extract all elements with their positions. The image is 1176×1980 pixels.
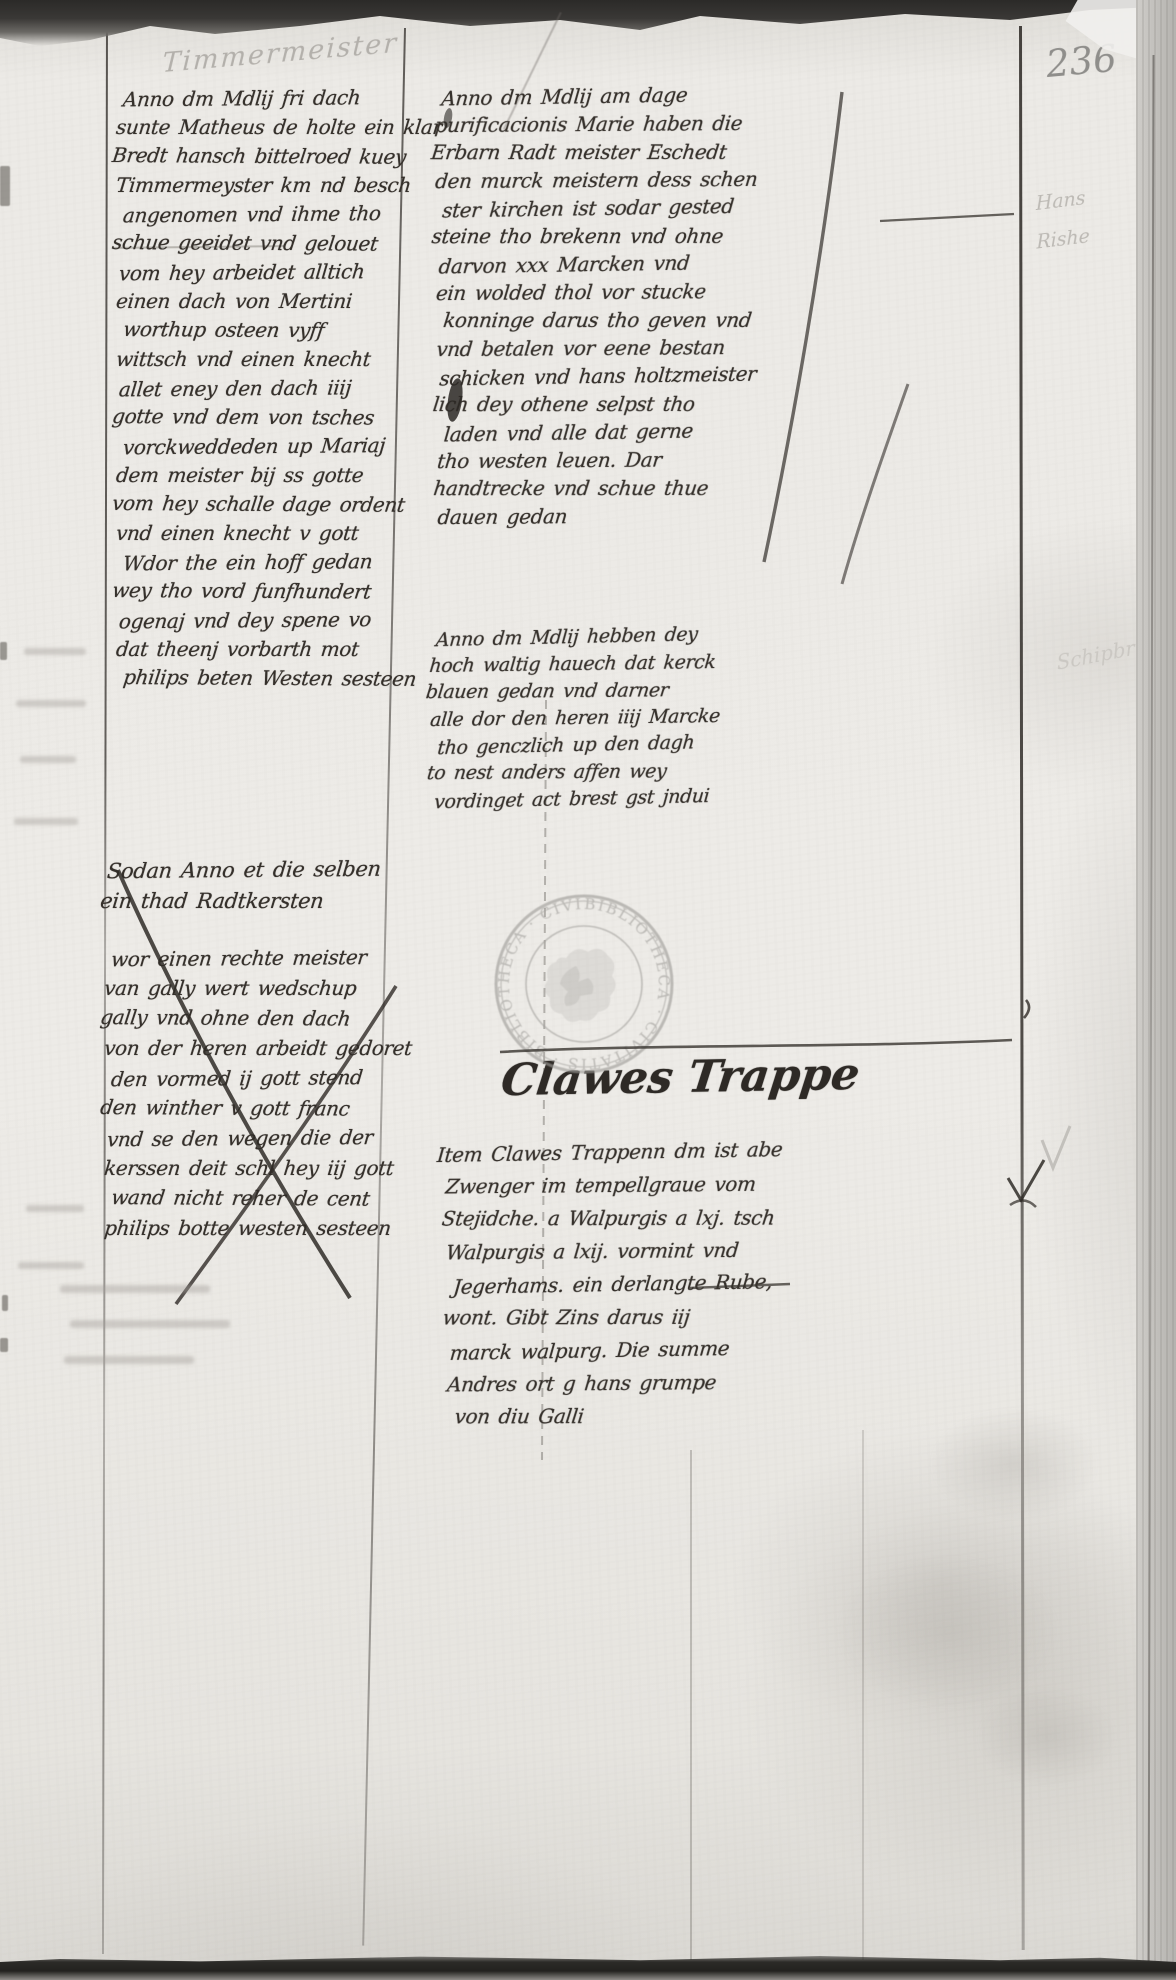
show-through-mark	[18, 1262, 84, 1269]
edge-smudge	[0, 642, 7, 660]
strikethrough-mark	[118, 870, 350, 1298]
show-through-mark	[14, 818, 78, 825]
edge-smudge	[2, 1295, 8, 1311]
pen-rule-mark	[500, 1040, 1012, 1052]
pen-dash-mark	[880, 214, 1014, 221]
paper-stain	[816, 1380, 1146, 1800]
scan-edge-right	[1136, 0, 1176, 1980]
show-through-mark	[60, 1285, 210, 1293]
edge-smudge	[0, 1338, 8, 1352]
show-through-mark	[70, 1320, 230, 1328]
ink-blot	[442, 107, 453, 128]
show-through-mark	[64, 1356, 194, 1364]
squiggle-mark	[1010, 1200, 1036, 1207]
pen-slash-mark	[842, 384, 908, 584]
pen-dash-mark	[690, 1284, 790, 1288]
show-through-mark	[20, 756, 76, 763]
faint-checkmark-icon	[1042, 1126, 1070, 1168]
comma-mark	[1024, 1000, 1029, 1018]
pen-slash-mark	[764, 92, 842, 562]
show-through-mark	[26, 1205, 84, 1212]
edge-smudge	[0, 166, 10, 206]
ink-blot	[445, 377, 465, 423]
strikethrough-mark	[176, 986, 396, 1304]
checkmark-icon	[1008, 1160, 1044, 1200]
show-through-mark	[16, 700, 86, 707]
show-through-mark	[24, 648, 86, 655]
manuscript-scan: { "page": { "number": "236", "pencil_hea…	[0, 0, 1176, 1980]
